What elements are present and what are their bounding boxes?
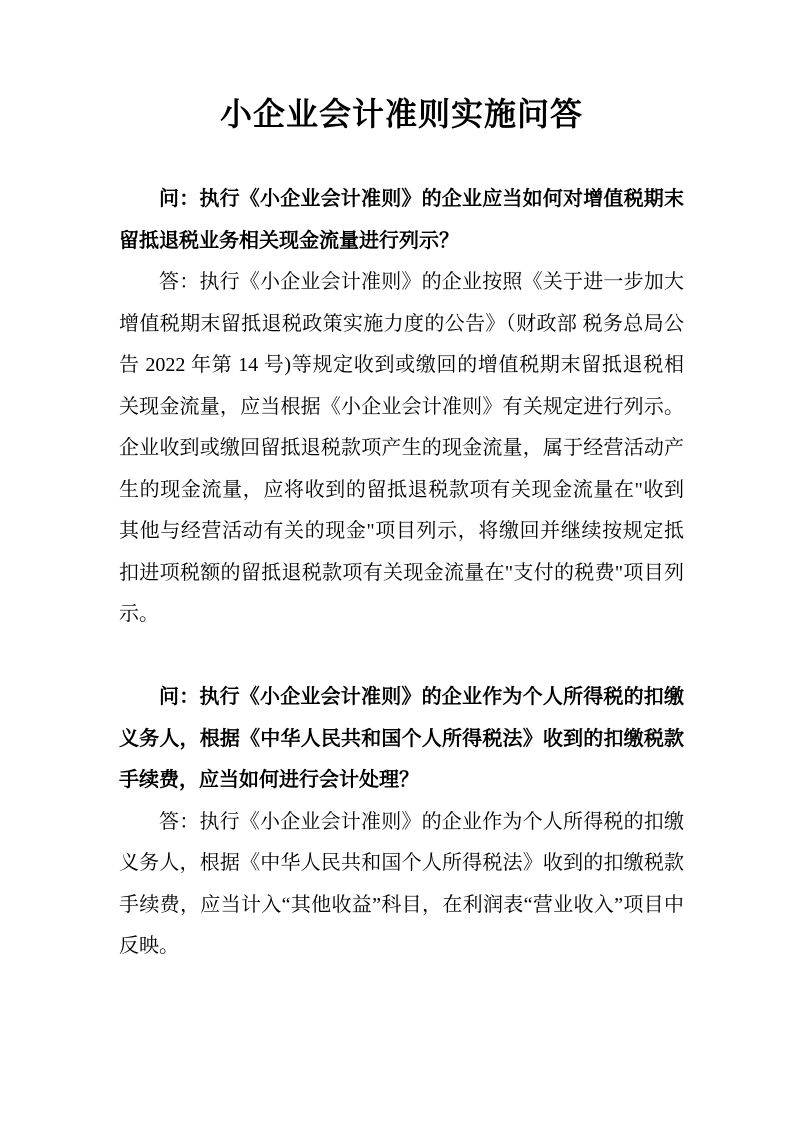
qa-section-1: 问：执行《小企业会计准则》的企业应当如何对增值税期末留抵退税业务相关现金流量进行… — [119, 179, 684, 636]
answer-paragraph: 答：执行《小企业会计准则》的企业作为个人所得税的扣缴义务人，根据《中华人民共和国… — [119, 802, 684, 968]
qa-section-2: 问：执行《小企业会计准则》的企业作为个人所得税的扣缴义务人，根据《中华人民共和国… — [119, 677, 684, 968]
page-title: 小企业会计准则实施问答 — [119, 92, 684, 136]
question-paragraph: 问：执行《小企业会计准则》的企业应当如何对增值税期末留抵退税业务相关现金流量进行… — [119, 179, 684, 262]
document-page: 小企业会计准则实施问答 问：执行《小企业会计准则》的企业应当如何对增值税期末留抵… — [0, 0, 793, 1122]
answer-paragraph: 答：执行《小企业会计准则》的企业按照《关于进一步加大增值税期末留抵退税政策实施力… — [119, 262, 684, 636]
question-paragraph: 问：执行《小企业会计准则》的企业作为个人所得税的扣缴义务人，根据《中华人民共和国… — [119, 677, 684, 802]
